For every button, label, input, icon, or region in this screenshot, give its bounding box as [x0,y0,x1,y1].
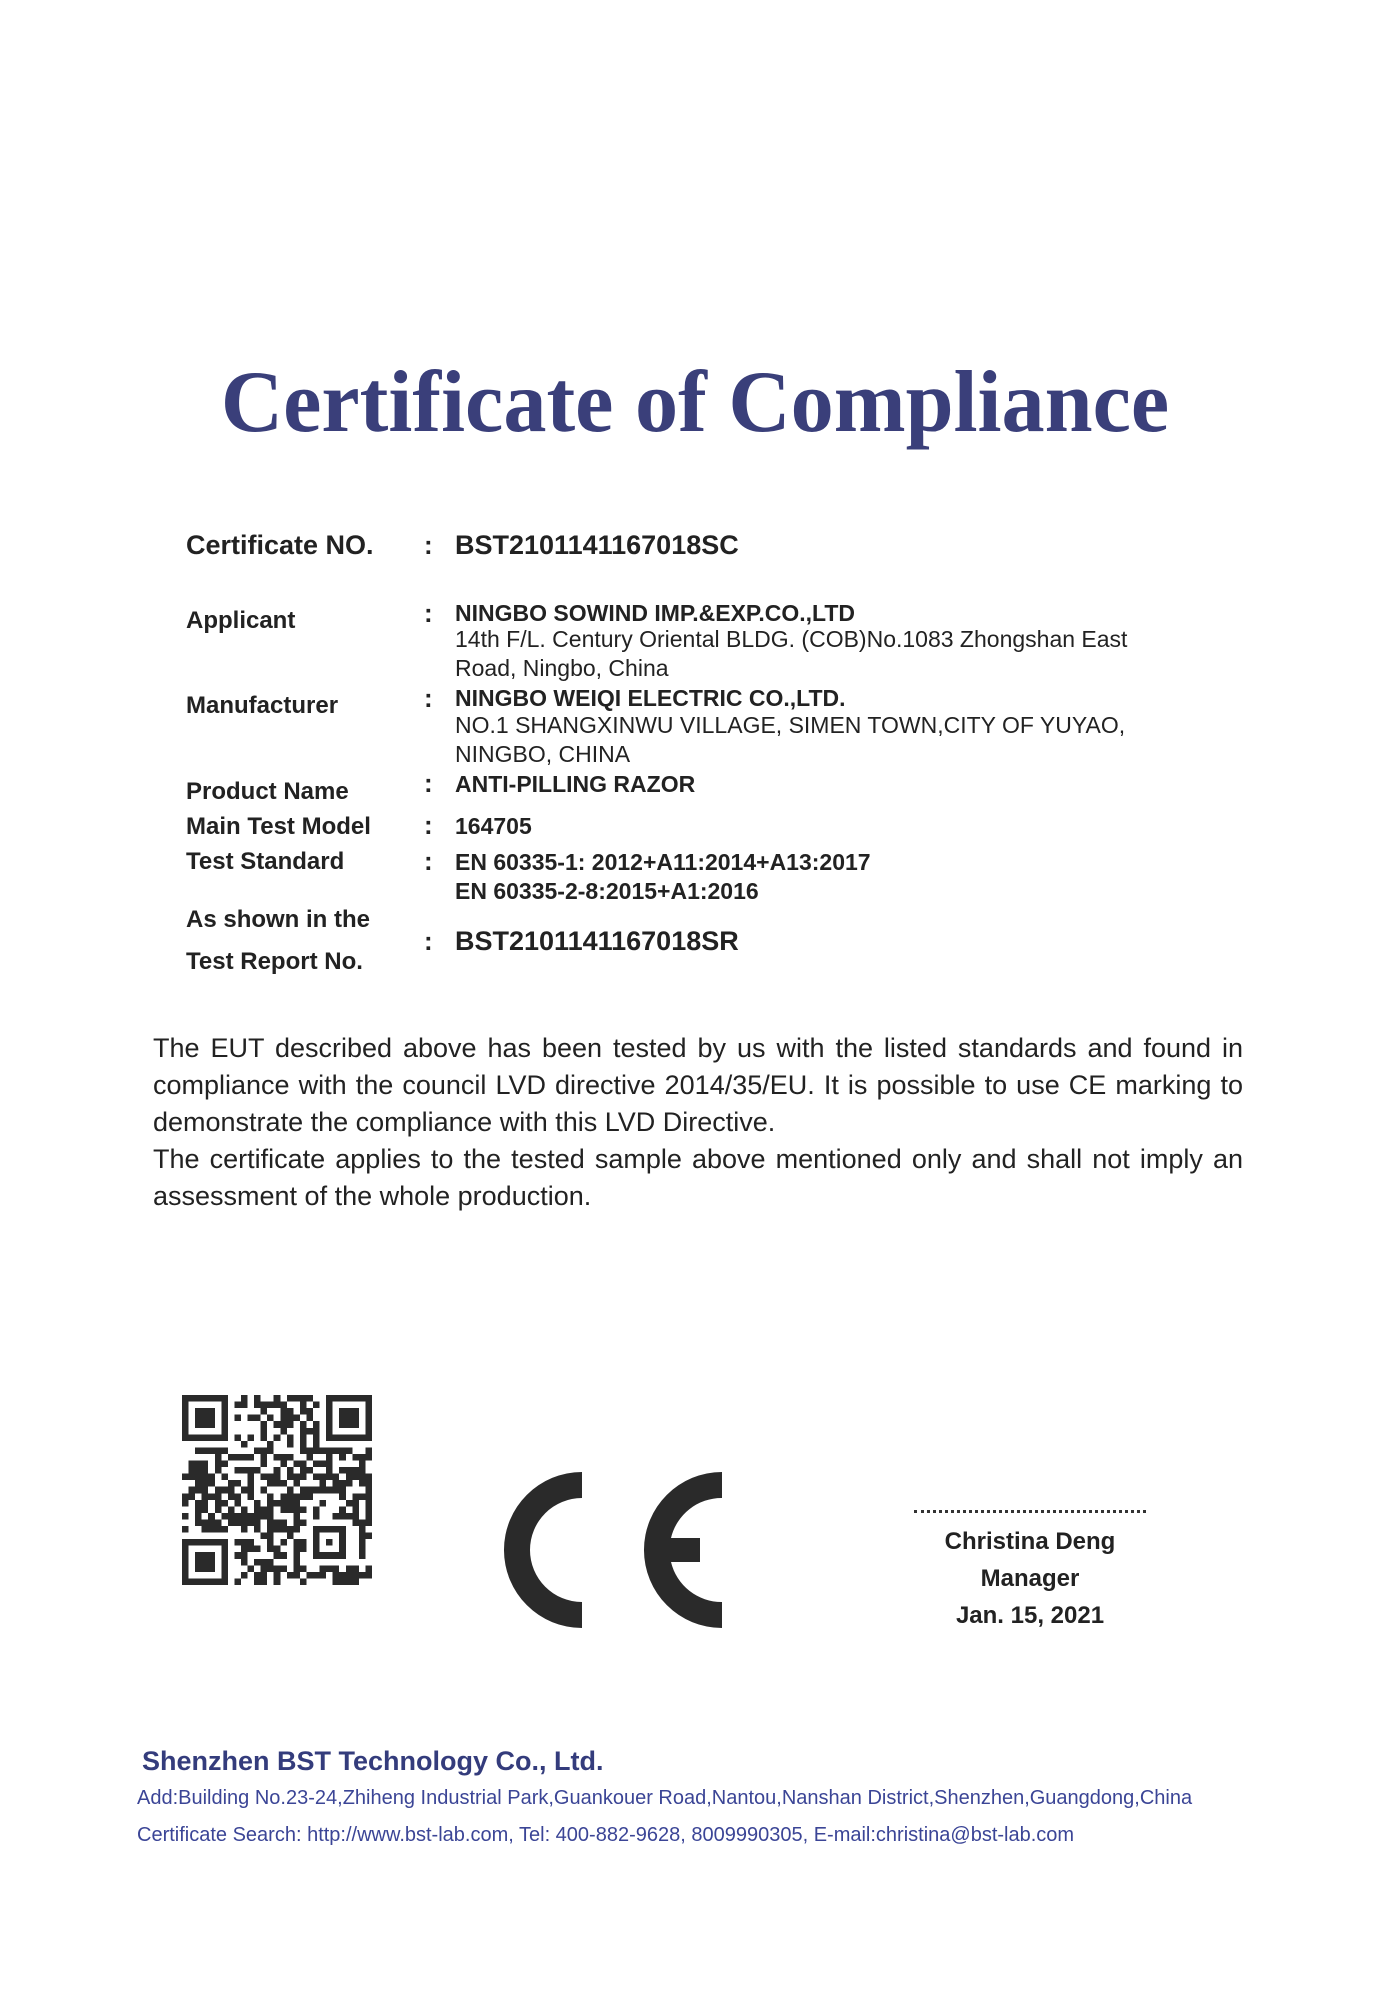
test-report-label-line1: As shown in the [186,906,370,934]
applicant-label: Applicant [186,607,295,635]
product-name-value: ANTI-PILLING RAZOR [455,771,695,798]
signature-date: Jan. 15, 2021 [900,1597,1160,1634]
page-title: Certificate of Compliance [14,352,1376,453]
main-test-model-label: Main Test Model [186,813,371,841]
manufacturer-label: Manufacturer [186,692,338,720]
colon: : [424,598,433,629]
manufacturer-name: NINGBO WEIQI ELECTRIC CO.,LTD. [455,685,846,712]
footer-company-name: Shenzhen BST Technology Co., Ltd. [142,1746,604,1777]
applicant-name: NINGBO SOWIND IMP.&EXP.CO.,LTD [455,600,855,627]
test-standard-label: Test Standard [186,848,344,876]
compliance-statement: The EUT described above has been tested … [153,1030,1243,1215]
applicant-address-line1: 14th F/L. Century Oriental BLDG. (COB)No… [455,625,1127,654]
colon: : [424,846,433,877]
colon: : [424,768,433,799]
colon: : [424,530,433,561]
ce-mark-icon [500,1470,725,1630]
manufacturer-address-line1: NO.1 SHANGXINWU VILLAGE, SIMEN TOWN,CITY… [455,711,1125,740]
main-test-model-value: 164705 [455,813,532,840]
footer-address: Add:Building No.23-24,Zhiheng Industrial… [137,1787,1192,1810]
test-report-label-line2: Test Report No. [186,948,363,976]
statement-paragraph-2: The certificate applies to the tested sa… [153,1141,1243,1215]
qr-code-icon [182,1395,372,1585]
footer-contact: Certificate Search: http://www.bst-lab.c… [137,1824,1074,1847]
applicant-address-line2: Road, Ningbo, China [455,654,1127,683]
test-standard-value-1: EN 60335-1: 2012+A11:2014+A13:2017 [455,849,871,876]
signature-block: Christina Deng Manager Jan. 15, 2021 [900,1510,1160,1634]
test-standard-value-2: EN 60335-2-8:2015+A1:2016 [455,878,759,905]
manufacturer-address-line2: NINGBO, CHINA [455,740,1125,769]
product-name-label: Product Name [186,778,349,806]
colon: : [424,683,433,714]
signer-title: Manager [900,1560,1160,1597]
applicant-address: 14th F/L. Century Oriental BLDG. (COB)No… [455,625,1127,683]
manufacturer-address: NO.1 SHANGXINWU VILLAGE, SIMEN TOWN,CITY… [455,711,1125,769]
certificate-no-label: Certificate NO. [186,530,374,561]
colon: : [424,810,433,841]
test-report-value: BST2101141167018SR [455,926,739,957]
certificate-no-value: BST2101141167018SC [455,530,739,561]
colon: : [424,926,433,957]
signature-line [914,1510,1146,1513]
statement-paragraph-1: The EUT described above has been tested … [153,1030,1243,1141]
signer-name: Christina Deng [900,1523,1160,1560]
